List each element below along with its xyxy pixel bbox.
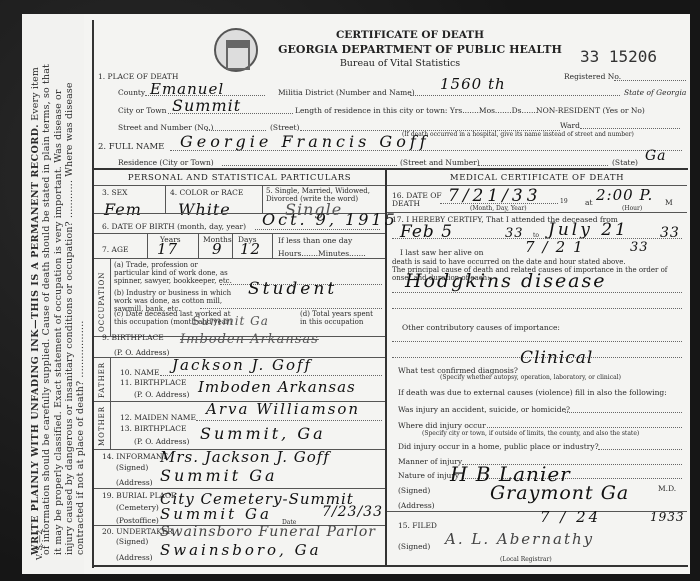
where-line	[487, 427, 682, 428]
side-notice-line2: of information should be carefully suppl…	[41, 15, 52, 555]
undertaker-signed-label: (Signed)	[116, 537, 148, 546]
informant-address-label: (Address)	[116, 478, 153, 487]
mother-maiden-line	[196, 420, 382, 421]
burial-postoffice-value: Summit Ga	[160, 505, 272, 523]
hospital-note: (If death occurred in a hospital, give i…	[402, 131, 634, 138]
mother-maiden-value: Arva Williamson	[206, 400, 360, 418]
age-divider-2	[198, 233, 199, 258]
informant-signed-value: Mrs. Jackson J. Goff	[160, 448, 330, 466]
cause-line-1	[392, 292, 682, 293]
city-label: City or Town	[118, 106, 166, 115]
dob-value: Oct. 9, 1915	[262, 210, 398, 229]
home-line	[598, 449, 682, 450]
georgia-state-seal-icon	[214, 28, 258, 72]
physician-address-value: Graymont Ga	[490, 482, 629, 504]
bureau-name: Bureau of Vital Statistics	[320, 58, 480, 69]
date-of-death-value: 7/21/33	[448, 186, 542, 206]
test-value: Clinical	[520, 348, 593, 368]
last-saw-value: 7/21	[525, 238, 591, 256]
header-divider	[94, 168, 688, 170]
undertaker-signed-value: Swainsboro Funeral Parlor	[160, 524, 376, 540]
death-said-label: death is said to have occurred on the da…	[392, 258, 626, 266]
occupation-b-value: Student	[248, 279, 337, 299]
father-birthplace-sub: (P. O. Address)	[134, 390, 189, 399]
other-line-1	[392, 341, 682, 342]
home-injury-label: Did injury occur in a home, public place…	[398, 442, 599, 451]
registrar-signed-label: (Signed)	[398, 542, 430, 551]
father-divider	[110, 357, 111, 401]
side-notice-line5: contracted if not at place of death? ...…	[75, 15, 86, 555]
militia-district-value: 1560 th	[440, 75, 506, 93]
time-of-death-value: 2:00 P.	[596, 186, 653, 204]
column-divider	[385, 170, 387, 567]
dod-sub-label: (Month, Day, Year)	[470, 205, 527, 212]
filed-date-value: 7 / 24	[540, 508, 601, 526]
dob-label: 6. DATE OF BIRTH (month, day, year)	[102, 222, 246, 231]
militia-line	[410, 95, 620, 96]
side-notice-line1: Every item	[30, 67, 41, 121]
side-notice: WRITE PLAINLY WITH UNFADING INK—THIS IS …	[30, 15, 84, 555]
department-name: GEORGIA DEPARTMENT OF PUBLIC HEALTH	[270, 43, 570, 56]
med-rule-2	[387, 511, 687, 512]
state-of-georgia-label: State of Georgia	[624, 88, 686, 97]
external-causes-label: If death was due to external causes (vio…	[398, 388, 667, 397]
where-sub-label: (Specify city or town, if outside of lim…	[422, 430, 639, 437]
dob-line	[255, 229, 380, 230]
medical-section-title: MEDICAL CERTIFICATE OF DEATH	[387, 173, 687, 183]
county-label: County	[118, 88, 145, 97]
sex-divider	[165, 185, 166, 213]
mother-birthplace-value: Summit, Ga	[200, 424, 326, 443]
attended-from-value: Feb 5	[400, 222, 453, 242]
registrar-signature: A. L. Abernathy	[445, 530, 594, 548]
street-number-label: Street and Number (No.)	[118, 123, 213, 132]
age-years-value: 17	[157, 240, 178, 258]
ward-label: Ward	[560, 121, 580, 130]
side-notice-heading: WRITE PLAINLY WITH UNFADING INK—THIS IS …	[30, 124, 41, 555]
residence-street-line	[478, 165, 608, 166]
city-value: Summit	[172, 96, 241, 115]
where-injury-label: Where did injury occur	[398, 421, 486, 430]
father-name-label: 10. NAME	[120, 368, 159, 377]
residence-state-label: (State)	[612, 158, 638, 167]
mother-maiden-label: 12. MAIDEN NAME	[120, 413, 196, 422]
father-name-value: Jackson J. Goff	[172, 356, 312, 374]
attended-to-value: July 21	[548, 220, 629, 240]
age-label: 7. AGE	[102, 245, 128, 254]
md-label: M.D.	[658, 484, 676, 493]
occupation-a-label: (a) Trade, profession or particular kind…	[114, 261, 234, 285]
cause-line-2	[392, 308, 682, 309]
age-months-value: 9	[212, 240, 223, 258]
row-rule-8	[94, 488, 385, 489]
occupation-b-line	[200, 308, 382, 309]
father-birthplace-label: 11. BIRTHPLACE	[120, 378, 187, 387]
side-notice-line4: injury caused by dangerous or insanitary…	[64, 15, 75, 555]
full-name-value: Georgie Francis Goff	[180, 132, 430, 151]
other-causes-label: Other contributory causes of importance:	[402, 323, 560, 332]
registered-number-stamp: 33 15206	[580, 47, 657, 66]
personal-section-title: PERSONAL AND STATISTICAL PARTICULARS	[94, 173, 385, 183]
last-saw-year: 33	[630, 240, 649, 255]
registrar-sub-label: (Local Registrar)	[500, 556, 552, 563]
test-sub-label: (Specify whether autopsy, operation, lab…	[440, 374, 621, 381]
mother-birthplace-sub: (P. O. Address)	[134, 437, 189, 446]
age-days-value: 12	[240, 240, 261, 258]
side-notice-line3: it may be properly classified. Exact sta…	[53, 15, 64, 555]
date-of-death-label: 16. DATE OF DEATH	[392, 192, 442, 208]
informant-label: 14. INFORMANT	[102, 452, 168, 461]
age-divider-1	[147, 233, 148, 258]
father-side-label: FATHER	[98, 362, 106, 398]
birthplace-value: Imboden Arkansas	[180, 332, 319, 347]
undertaker-address-value: Swainsboro, Ga	[160, 541, 322, 559]
bottom-border	[94, 565, 688, 567]
personal-title-rule	[94, 185, 385, 186]
residence-line	[222, 165, 397, 166]
undertaker-address-label: (Address)	[116, 553, 153, 562]
residence-length-label: Length of residence in this city or town…	[295, 106, 538, 115]
row-rule-3	[94, 258, 385, 259]
informant-address-value: Summit Ga	[160, 466, 278, 485]
street-no-line	[206, 130, 266, 131]
mother-birthplace-label: 13. BIRTHPLACE	[120, 424, 187, 433]
certificate-title: CERTIFICATE OF DEATH	[310, 29, 510, 41]
father-name-line	[160, 375, 382, 376]
color-race-label: 4. COLOR or RACE	[170, 188, 243, 197]
residence-label: Residence (City or Town)	[118, 158, 214, 167]
age-less-than-day-label: If less than one day	[278, 236, 352, 245]
row-rule-2	[94, 233, 385, 234]
age-divider-4	[272, 233, 273, 258]
filed-year-value: 1933	[650, 510, 685, 524]
physician-address-label: (Address)	[398, 501, 435, 510]
age-divider-3	[232, 233, 233, 258]
nonresident-label: NON-RESIDENT (Yes or No)	[536, 106, 645, 115]
militia-district-label: Militia District (Number and Name)	[278, 88, 415, 97]
full-name-label: 2. FULL NAME	[98, 142, 164, 152]
time-sub-label: (Hour)	[622, 205, 642, 212]
mother-side-label: MOTHER	[98, 406, 106, 446]
med-rule-1	[387, 212, 687, 213]
cause-of-death-value: Hodgkins disease	[405, 270, 607, 292]
registered-no-line	[614, 80, 686, 81]
burial-cemetery-label: (Cemetery)	[116, 503, 159, 512]
sex-label: 3. SEX	[102, 188, 128, 197]
form-code: V. S.—2	[35, 530, 44, 560]
burial-date-value: 7/23/33	[322, 504, 383, 520]
color-race-value: White	[178, 200, 231, 219]
burial-postoffice-label: (Postoffice)	[116, 516, 159, 525]
occupation-d-label: (d) Total years spent in this occupation	[300, 310, 380, 326]
occupation-side-label: OCCUPATION	[98, 272, 106, 332]
color-divider	[262, 185, 263, 213]
physician-signed-label: (Signed)	[398, 486, 430, 495]
birthplace-label: 9. BIRTHPLACE	[102, 333, 164, 342]
registered-no-label: Registered No.	[564, 72, 621, 81]
accident-label: Was injury an accident, suicide, or homi…	[398, 405, 570, 414]
time-m-label: M	[665, 198, 673, 207]
sex-value: Fem	[104, 200, 142, 219]
accident-line	[565, 412, 682, 413]
informant-signed-label: (Signed)	[116, 463, 148, 472]
residence-street-label: (Street and Number)	[400, 158, 480, 167]
last-saw-label: I last saw her alive on	[400, 248, 484, 257]
ward-line	[580, 128, 680, 129]
street-sub-label: (Street)	[270, 123, 299, 132]
birthplace-sub-label: (P. O. Address)	[114, 348, 169, 357]
mother-divider	[110, 401, 111, 449]
time-at-label: at	[585, 198, 593, 207]
form-left-border	[92, 20, 94, 568]
dod-19-label: 19	[560, 198, 568, 205]
occupation-divider	[110, 258, 111, 336]
age-hours-minutes-label: Hours.......Minutes.......	[278, 249, 366, 258]
occupation-c-value: Summit Ga	[192, 314, 269, 328]
residence-state-value: Ga	[645, 148, 667, 164]
father-birthplace-value: Imboden Arkansas	[198, 378, 356, 396]
filed-label: 15. FILED	[398, 521, 437, 530]
